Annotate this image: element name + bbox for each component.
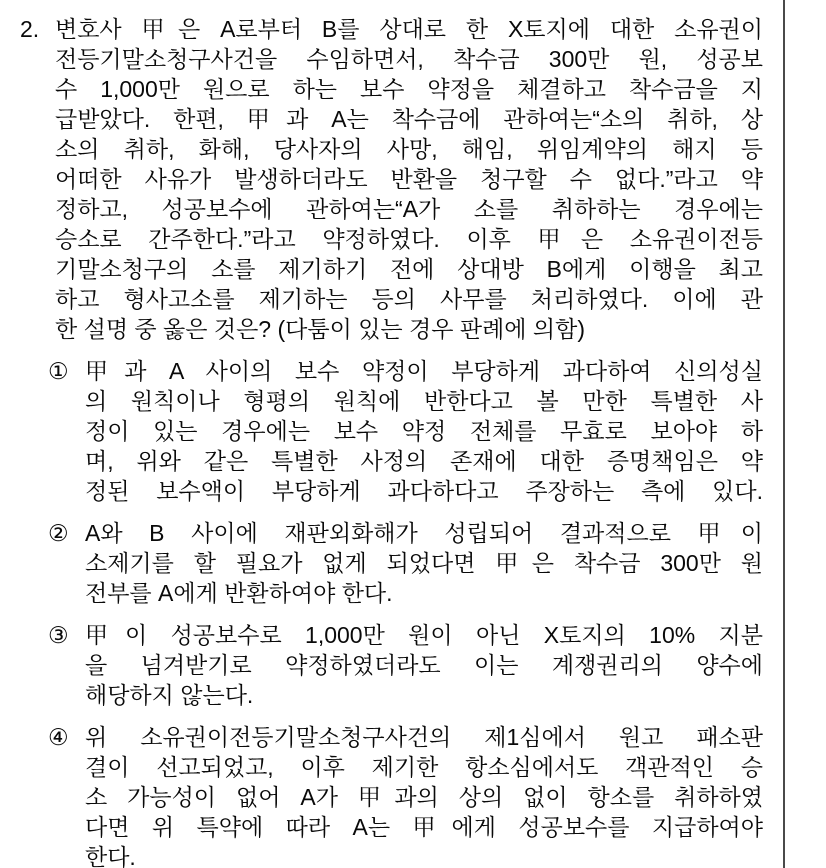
option-1-marker: ① [48, 356, 85, 506]
option-line: 전부를 A에게 반환하여야 한다. [85, 578, 763, 608]
question-number: 2. [20, 14, 55, 344]
option-line: 해당하지 않는다. [85, 680, 763, 710]
option-1-text: 甲과 A 사이의 보수 약정이 부당하게 과다하여 신의성실 의 원칙이나 형평… [85, 356, 763, 506]
option-line: 위 소유권이전등기말소청구사건의 제1심에서 원고 패소판 [85, 722, 763, 752]
option-2-marker: ② [48, 518, 85, 608]
option-line: A와 B 사이에 재판외화해가 성립되어 결과적으로 甲이 [85, 518, 763, 548]
stem-line: 정하고, 성공보수에 관하여는“A가 소를 취하하는 경우에는 [55, 194, 763, 224]
stem-line: 승소로 간주한다.”라고 약정하였다. 이후 甲은 소유권이전등 [55, 224, 763, 254]
column-divider-line [783, 0, 785, 868]
stem-line: 전등기말소청구사건을 수임하면서, 착수금 300만 원, 성공보 [55, 44, 763, 74]
question-stem-row: 2. 변호사 甲은 A로부터 B를 상대로 한 X토지에 대한 소유권이 전등기… [20, 14, 763, 344]
stem-line: 변호사 甲은 A로부터 B를 상대로 한 X토지에 대한 소유권이 [55, 14, 763, 44]
option-2: ② A와 B 사이에 재판외화해가 성립되어 결과적으로 甲이 소제기를 할 필… [48, 518, 763, 608]
stem-line: 어떠한 사유가 발생하더라도 반환을 청구할 수 없다.”라고 약 [55, 164, 763, 194]
option-line: 의 원칙이나 형평의 원칙에 반한다고 볼 만한 특별한 사 [85, 386, 763, 416]
option-3-marker: ③ [48, 620, 85, 710]
option-4: ④ 위 소유권이전등기말소청구사건의 제1심에서 원고 패소판 결이 선고되었고… [48, 722, 763, 868]
stem-line: 하고 형사고소를 제기하는 등의 사무를 처리하였다. 이에 관 [55, 284, 763, 314]
option-line: 정된 보수액이 부당하게 과다하다고 주장하는 측에 있다. [85, 476, 763, 506]
option-1: ① 甲과 A 사이의 보수 약정이 부당하게 과다하여 신의성실 의 원칙이나 … [48, 356, 763, 506]
exam-page: 2. 변호사 甲은 A로부터 B를 상대로 한 X토지에 대한 소유권이 전등기… [0, 0, 826, 868]
question-block: 2. 변호사 甲은 A로부터 B를 상대로 한 X토지에 대한 소유권이 전등기… [20, 14, 763, 868]
option-line: 한다. [85, 842, 763, 868]
option-line: 다면 위 특약에 따라 A는 甲에게 성공보수를 지급하여야 [85, 812, 763, 842]
stem-line: 소의 취하, 화해, 당사자의 사망, 해임, 위임계약의 해지 등 [55, 134, 763, 164]
stem-line: 수 1,000만 원으로 하는 보수 약정을 체결하고 착수금을 지 [55, 74, 763, 104]
option-line: 며, 위와 같은 특별한 사정의 존재에 대한 증명책임은 약 [85, 446, 763, 476]
option-line: 甲과 A 사이의 보수 약정이 부당하게 과다하여 신의성실 [85, 356, 763, 386]
option-3-text: 甲이 성공보수로 1,000만 원이 아닌 X토지의 10% 지분 을 넘겨받기… [85, 620, 763, 710]
option-3: ③ 甲이 성공보수로 1,000만 원이 아닌 X토지의 10% 지분 을 넘겨… [48, 620, 763, 710]
option-line: 결이 선고되었고, 이후 제기한 항소심에서도 객관적인 승 [85, 752, 763, 782]
option-line: 甲이 성공보수로 1,000만 원이 아닌 X토지의 10% 지분 [85, 620, 763, 650]
option-2-text: A와 B 사이에 재판외화해가 성립되어 결과적으로 甲이 소제기를 할 필요가… [85, 518, 763, 608]
option-line: 정이 있는 경우에는 보수 약정 전체를 무효로 보아야 하 [85, 416, 763, 446]
stem-line: 한 설명 중 옳은 것은? (다툼이 있는 경우 판례에 의함) [55, 314, 763, 344]
option-line: 을 넘겨받기로 약정하였더라도 이는 계쟁권리의 양수에 [85, 650, 763, 680]
stem-line: 급받았다. 한편, 甲과 A는 착수금에 관하여는“소의 취하, 상 [55, 104, 763, 134]
option-4-text: 위 소유권이전등기말소청구사건의 제1심에서 원고 패소판 결이 선고되었고, … [85, 722, 763, 868]
option-4-marker: ④ [48, 722, 85, 868]
option-line: 소 가능성이 없어 A가 甲과의 상의 없이 항소를 취하하였 [85, 782, 763, 812]
option-line: 소제기를 할 필요가 없게 되었다면 甲은 착수금 300만 원 [85, 548, 763, 578]
stem-line: 기말소청구의 소를 제기하기 전에 상대방 B에게 이행을 최고 [55, 254, 763, 284]
question-stem: 변호사 甲은 A로부터 B를 상대로 한 X토지에 대한 소유권이 전등기말소청… [55, 14, 763, 344]
